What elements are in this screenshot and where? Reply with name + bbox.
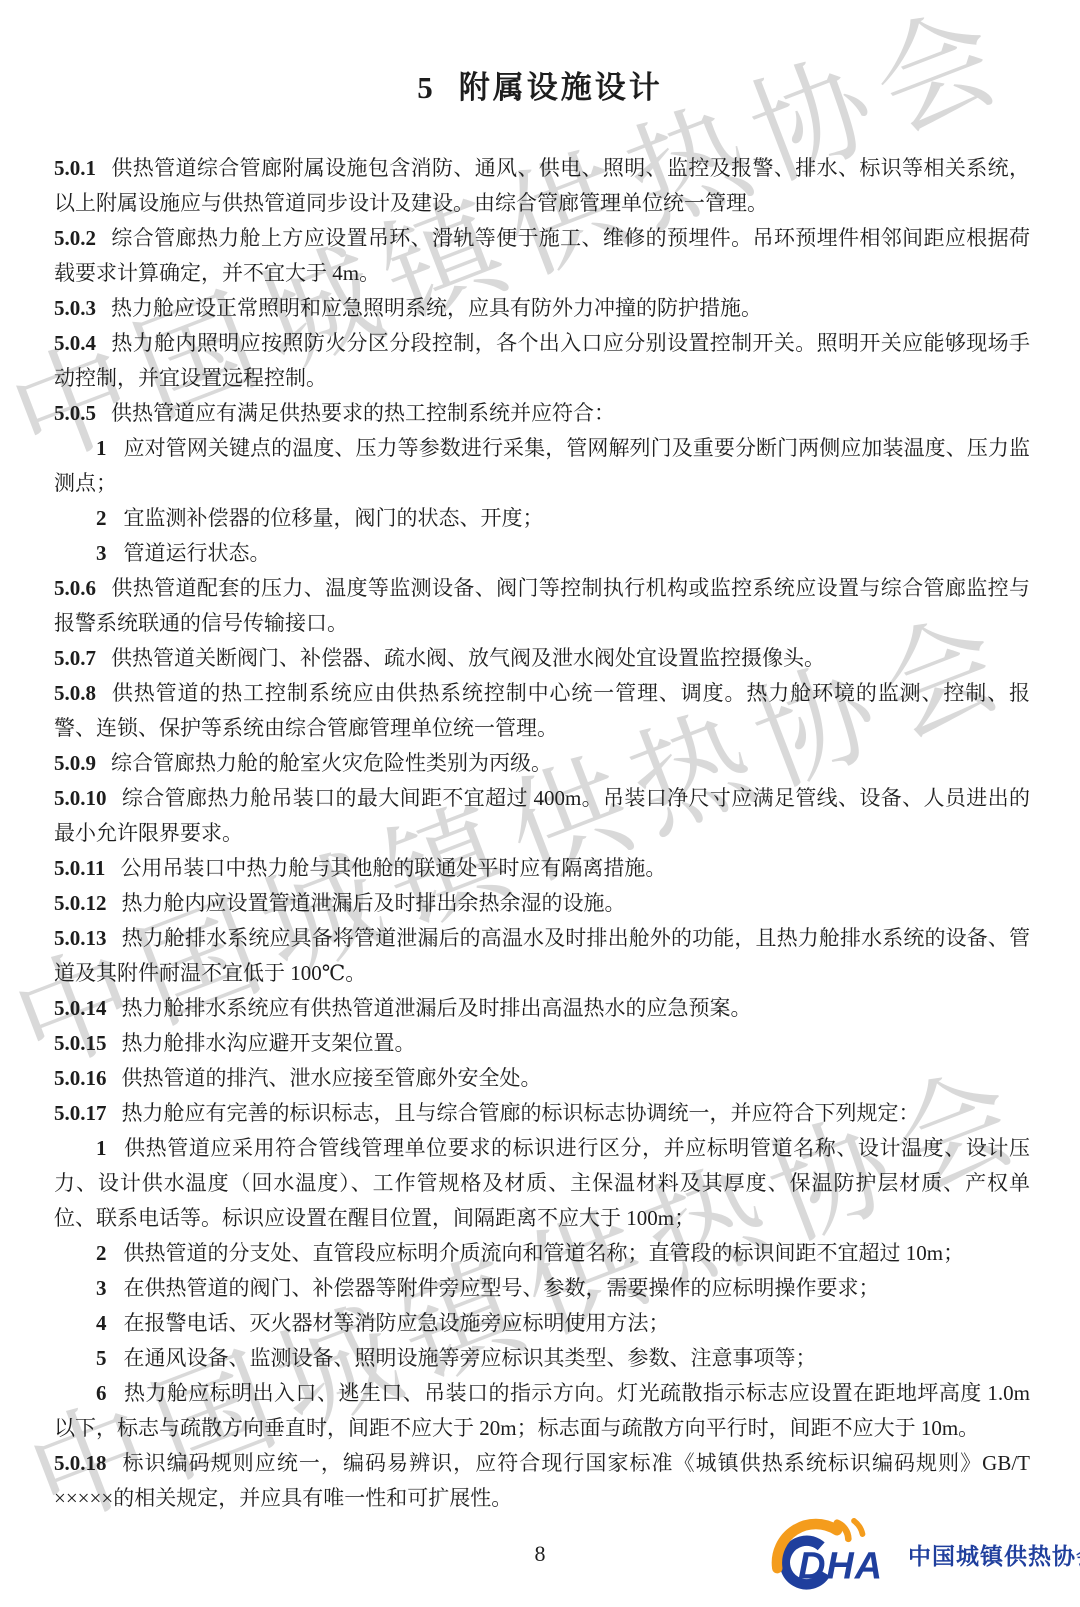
clause-number: 3 [96,1276,107,1300]
clause-number: 2 [96,1241,107,1265]
clause-paragraph: 5.0.4热力舱内照明应按照防火分区分段控制，各个出入口应分别设置控制开关。照明… [54,326,1030,396]
clause-paragraph: 5.0.7供热管道关断阀门、补偿器、疏水阀、放气阀及泄水阀处宜设置监控摄像头。 [54,641,1030,676]
clause-number: 5 [96,1346,107,1370]
clause-paragraph: 5.0.18标识编码规则应统一，编码易辨识，应符合现行国家标准《城镇供热系统标识… [54,1446,1030,1516]
sub-item-paragraph: 1应对管网关键点的温度、压力等参数进行采集，管网解列门及重要分断门两侧应加装温度… [54,431,1030,501]
clause-paragraph: 5.0.14热力舱排水系统应有供热管道泄漏后及时排出高温热水的应急预案。 [54,991,1030,1026]
sub-item-paragraph: 3管道运行状态。 [54,536,1030,571]
clause-number: 5.0.17 [54,1101,107,1125]
sub-item-paragraph: 6热力舱应标明出入口、逃生口、吊装口的指示方向。灯光疏散指示标志应设置在距地坪高… [54,1376,1030,1446]
association-logo: DHA 中国城镇供热协会 [770,1518,1080,1590]
document-body: 5.0.1供热管道综合管廊附属设施包含消防、通风、供电、照明、监控及报警、排水、… [54,151,1030,1516]
clause-number: 1 [96,436,107,460]
clause-number: 5.0.10 [54,786,107,810]
clause-paragraph: 5.0.12热力舱内应设置管道泄漏后及时排出余热余湿的设施。 [54,886,1030,921]
clause-number: 5.0.4 [54,331,96,355]
clause-paragraph: 5.0.10综合管廊热力舱吊装口的最大间距不宜超过 400m。吊装口净尺寸应满足… [54,781,1030,851]
clause-paragraph: 5.0.11公用吊装口中热力舱与其他舱的联通处平时应有隔离措施。 [54,851,1030,886]
clause-paragraph: 5.0.2综合管廊热力舱上方应设置吊环、滑轨等便于施工、维修的预埋件。吊环预埋件… [54,221,1030,291]
sub-item-paragraph: 2供热管道的分支处、直管段应标明介质流向和管道名称；直管段的标识间距不宜超过 1… [54,1236,1030,1271]
chapter-number: 5 [417,70,433,105]
clause-number: 5.0.16 [54,1066,107,1090]
clause-number: 1 [96,1136,107,1160]
clause-number: 5.0.13 [54,926,107,950]
clause-number: 5.0.8 [54,681,96,705]
clause-paragraph: 5.0.16供热管道的排汽、泄水应接至管廊外安全处。 [54,1061,1030,1096]
clause-paragraph: 5.0.1供热管道综合管廊附属设施包含消防、通风、供电、照明、监控及报警、排水、… [54,151,1030,221]
clause-paragraph: 5.0.6供热管道配套的压力、温度等监测设备、阀门等控制执行机构或监控系统应设置… [54,571,1030,641]
clause-number: 4 [96,1311,107,1335]
clause-number: 5.0.7 [54,646,96,670]
dha-logo-icon: DHA [770,1518,902,1590]
clause-paragraph: 5.0.17热力舱应有完善的标识标志，且与综合管廊的标识标志协调统一，并应符合下… [54,1096,1030,1131]
clause-paragraph: 5.0.5供热管道应有满足供热要求的热工控制系统并应符合： [54,396,1030,431]
clause-paragraph: 5.0.9综合管廊热力舱的舱室火灾危险性类别为丙级。 [54,746,1030,781]
svg-text:DHA: DHA [798,1546,883,1588]
clause-number: 5.0.9 [54,751,96,775]
clause-number: 5.0.15 [54,1031,107,1055]
clause-number: 5.0.6 [54,576,96,600]
clause-number: 5.0.11 [54,856,105,880]
clause-number: 5.0.18 [54,1451,107,1475]
clause-number: 5.0.3 [54,296,96,320]
page-title: 5附属设施设计 [0,62,1080,107]
clause-number: 5.0.5 [54,401,96,425]
clause-number: 5.0.2 [54,226,96,250]
sub-item-paragraph: 5在通风设备、监测设备、照明设施等旁应标识其类型、参数、注意事项等； [54,1341,1030,1376]
sub-item-paragraph: 2宜监测补偿器的位移量，阀门的状态、开度； [54,501,1030,536]
sub-item-paragraph: 4在报警电话、灭火器材等消防应急设施旁应标明使用方法； [54,1306,1030,1341]
clause-number: 2 [96,506,107,530]
clause-paragraph: 5.0.8供热管道的热工控制系统应由供热系统控制中心统一管理、调度。热力舱环境的… [54,676,1030,746]
chapter-name: 附属设施设计 [459,70,663,105]
logo-org-name: 中国城镇供热协会 [908,1538,1080,1571]
clause-number: 5.0.14 [54,996,107,1020]
sub-item-paragraph: 1供热管道应采用符合管线管理单位要求的标识进行区分，并应标明管道名称、设计温度、… [54,1131,1030,1236]
clause-paragraph: 5.0.13热力舱排水系统应具备将管道泄漏后的高温水及时排出舱外的功能，且热力舱… [54,921,1030,991]
clause-number: 5.0.1 [54,156,96,180]
sub-item-paragraph: 3在供热管道的阀门、补偿器等附件旁应型号、参数，需要操作的应标明操作要求； [54,1271,1030,1306]
clause-number: 6 [96,1381,107,1405]
clause-number: 3 [96,541,107,565]
clause-paragraph: 5.0.3热力舱应设正常照明和应急照明系统，应具有防外力冲撞的防护措施。 [54,291,1030,326]
clause-number: 5.0.12 [54,891,107,915]
clause-paragraph: 5.0.15热力舱排水沟应避开支架位置。 [54,1026,1030,1061]
